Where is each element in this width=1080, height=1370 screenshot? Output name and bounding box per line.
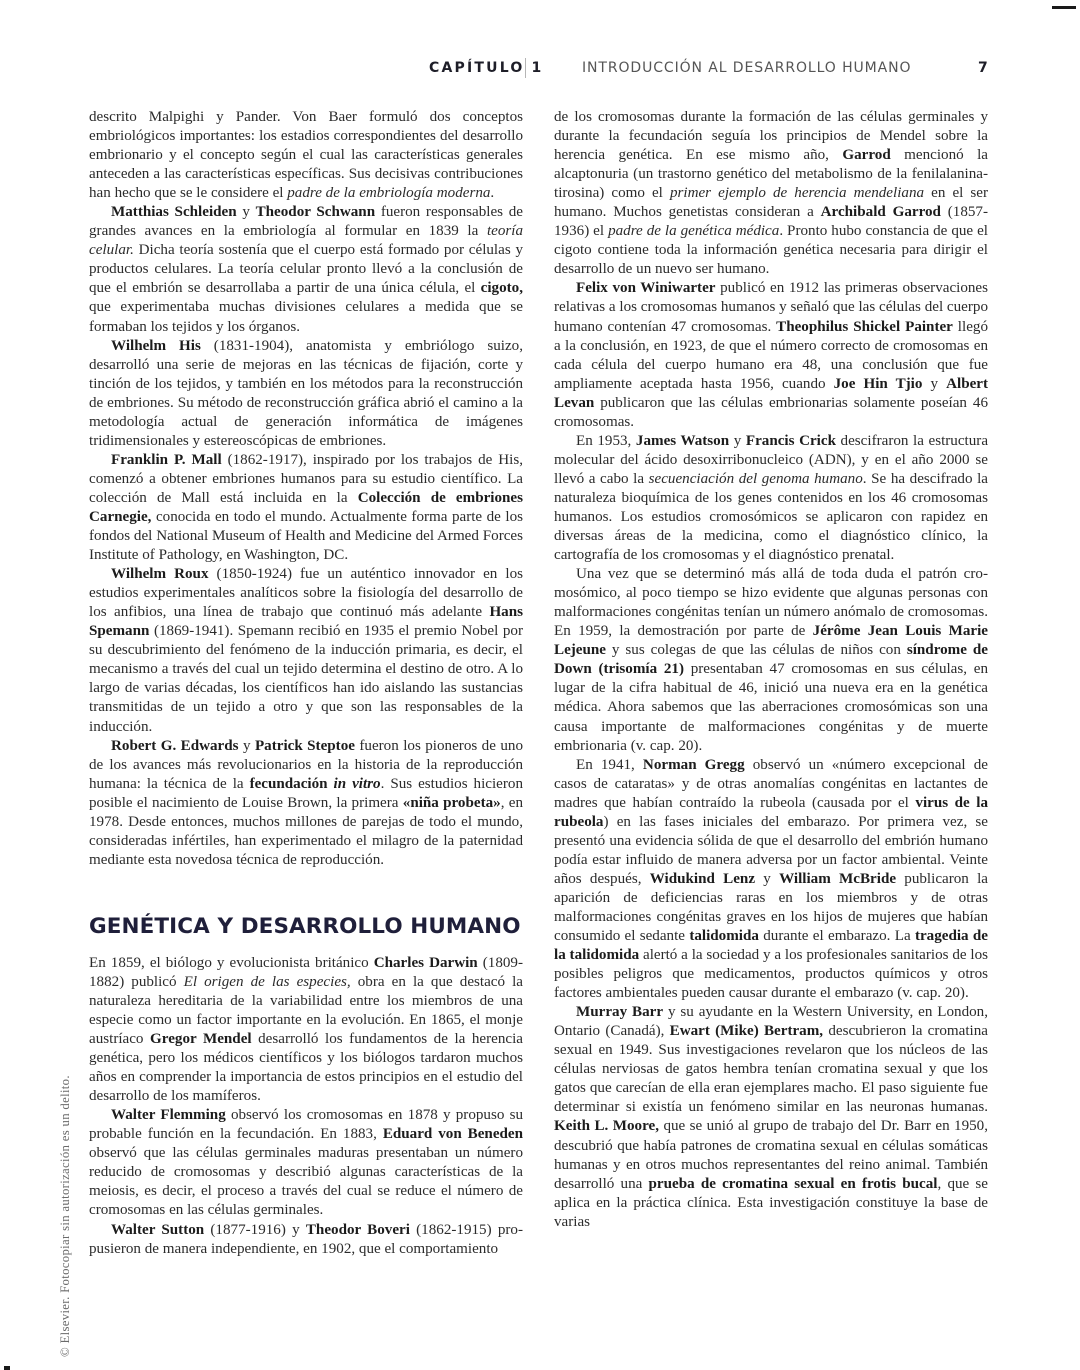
bold-name: Theophilus Shickel Painter [776, 319, 953, 335]
paragraph: En 1953, James Watson y Francis Crick de… [554, 432, 988, 565]
paragraph: Wilhelm His (1831-1904), anatomista y em… [89, 337, 523, 451]
paragraph: Franklin P. Mall (1862-1917), inspirado … [89, 451, 523, 565]
text: durante el embarazo. La [759, 928, 915, 944]
bold-name: Archibald Garrod [821, 204, 941, 220]
paragraph: Wilhelm Roux (1850-1924) fue un auténtic… [89, 565, 523, 736]
bold-name: Murray Barr [576, 1004, 663, 1020]
text: observó que las células germinales madur… [89, 1145, 523, 1218]
italic-term: primer ejemplo de herencia mendelia­na [670, 185, 924, 201]
bold-name: Felix von Winiwarter [576, 280, 716, 296]
text: conocida en todo el mundo. Actualmente f… [89, 509, 523, 563]
paragraph: descrito Malpighi y Pander. Von Baer for… [89, 108, 523, 203]
paragraph: En 1941, Norman Gregg observó un «número… [554, 756, 988, 1004]
paragraph: Una vez que se determinó más allá de tod… [554, 565, 988, 755]
bold-name: James Watson [636, 433, 729, 449]
left-column: descrito Malpighi y Pander. Von Baer for… [89, 108, 523, 1259]
section-heading: GENÉTICA Y DESARROLLO HUMANO [89, 914, 523, 940]
paragraph: Matthias Schleiden y Theodor Schwann fue… [89, 203, 523, 336]
paragraph: Walter Sutton (1877-1916) y Theodor Bove… [89, 1221, 523, 1259]
right-column: de los cromosomas durante la formación d… [554, 108, 988, 1232]
text: y [922, 376, 946, 392]
text: publicaron que las células embrionarias … [554, 395, 988, 430]
bold-term: fecundación [250, 776, 328, 792]
italic-term: padre de la genética médica [608, 223, 779, 239]
bold-name: Gregor Mendel [150, 1031, 252, 1047]
text: y [755, 871, 779, 887]
bold-name: Eduard von Beneden [383, 1126, 523, 1142]
bold-name: Ewart (Mike) Bertram, [670, 1023, 823, 1039]
paragraph: de los cromosomas durante la formación d… [554, 108, 988, 279]
text: Dicha teoría sostenía que el cuerpo está… [89, 242, 523, 296]
paragraph: En 1859, el biólogo y evolucionista brit… [89, 954, 523, 1106]
bold-name: Widukind Lenz [650, 871, 755, 887]
text: y [729, 433, 746, 449]
italic-term: secuenciación del genoma humano [649, 471, 863, 487]
paragraph: Murray Barr y su ayudante en la Western … [554, 1003, 988, 1232]
chapter-label: CAPÍTULO 1 [429, 60, 543, 76]
text: (1831-1904), anatomista y embriólogo sui… [89, 338, 523, 449]
bold-name: Walter Flemming [111, 1107, 226, 1123]
paragraph: Felix von Winiwarter publicó en 1912 las… [554, 279, 988, 431]
bold-name: Wilhelm His [111, 338, 201, 354]
paragraph: Walter Flemming observó los cromosomas e… [89, 1106, 523, 1220]
bold-name: Charles Darwin [374, 955, 478, 971]
bold-name: Wilhelm Roux [111, 566, 209, 582]
bold-name: Garrod [842, 147, 890, 163]
running-head-divider [525, 58, 526, 78]
bold-name: Theodor Boveri [306, 1222, 410, 1238]
text: que experimentaba muchas divisiones celu… [89, 299, 523, 334]
crop-mark [1052, 6, 1076, 9]
italic-title: El origen de las especies, [184, 974, 351, 990]
chapter-title: INTRODUCCIÓN AL DESARROLLO HUMANO [582, 60, 911, 76]
bold-name: Francis Crick [746, 433, 836, 449]
bold-name: Theodor Schwann [256, 204, 376, 220]
bold-name: Walter Sutton [111, 1222, 204, 1238]
text: y [237, 204, 256, 220]
text: (1877-1916) y [204, 1222, 306, 1238]
copyright-notice: © Elsevier. Fotocopiar sin autorización … [58, 1075, 73, 1357]
bold-name: Matthias Schleiden [111, 204, 237, 220]
bold-name: Franklin P. Mall [111, 452, 222, 468]
bold-name: William McBride [779, 871, 896, 887]
bold-name: Joe Hin Tjio [834, 376, 923, 392]
text: En 1859, el biólogo y evolucionista brit… [89, 955, 374, 971]
running-head: CAPÍTULO 1 INTRODUCCIÓN AL DESARROLLO HU… [0, 60, 1080, 80]
text: y [239, 738, 255, 754]
text: . [490, 185, 494, 201]
bold-italic-term: in vitro [334, 776, 381, 792]
book-page: CAPÍTULO 1 INTRODUCCIÓN AL DESARROLLO HU… [0, 0, 1080, 1370]
crop-mark [4, 1366, 10, 1370]
bold-name: Norman Gregg [643, 757, 745, 773]
italic-term: padre de la embriología moderna [287, 185, 490, 201]
text: En 1941, [576, 757, 643, 773]
bold-term: «niña probeta» [403, 795, 501, 811]
bold-name: Keith L. Moore, [554, 1118, 659, 1134]
text: y sus colegas de que las células de niño… [606, 642, 907, 658]
bold-term: cigoto, [481, 280, 523, 296]
text: En 1953, [576, 433, 636, 449]
bold-name: Patrick Steptoe [255, 738, 355, 754]
bold-term: prueba de cromatina sexual en frotis buc… [649, 1176, 938, 1192]
bold-term: talidomida [689, 928, 759, 944]
page-number: 7 [978, 60, 988, 76]
text: (1869-1941). Spemann recibió en 1935 el … [89, 623, 523, 734]
paragraph: Robert G. Edwards y Patrick Steptoe fuer… [89, 737, 523, 870]
bold-name: Robert G. Edwards [111, 738, 239, 754]
